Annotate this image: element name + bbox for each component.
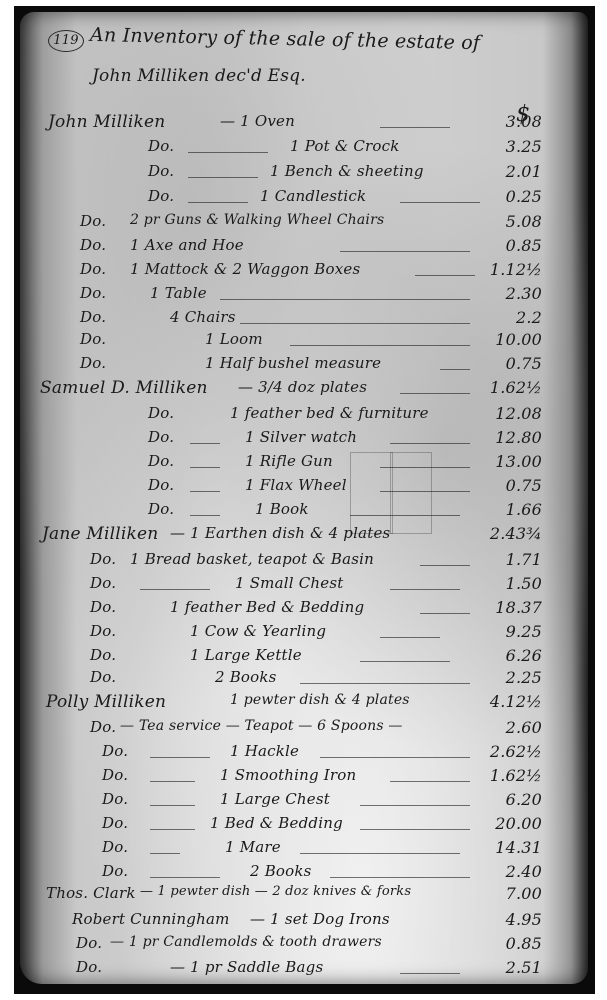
leader-line (150, 853, 180, 854)
item-amount: 18.37 (462, 598, 542, 617)
item-amount: 1.62½ (462, 378, 542, 397)
leader-line (150, 757, 210, 758)
ledger-entry: Robert Cunningham — 1 set Dog Irons 4.95 (20, 910, 588, 934)
item-description: 2 pr Guns & Walking Wheel Chairs (130, 212, 384, 228)
buyer-name: Do. (102, 862, 128, 880)
item-description: — 1 pr Candlemolds & tooth drawers (110, 934, 382, 950)
ledger-entry: Do. — Tea service — Teapot — 6 Spoons — … (20, 718, 588, 742)
leader-line (188, 177, 258, 178)
ledger-entry: Do. 2 Books 2.25 (20, 668, 588, 692)
item-amount: 3.25 (462, 137, 542, 156)
item-amount: 0.75 (462, 354, 542, 373)
item-description: 1 Mare (225, 838, 281, 856)
buyer-name: Do. (80, 308, 106, 326)
leader-line (150, 781, 195, 782)
item-description: 1 Large Chest (220, 790, 330, 808)
ledger-entry: Do. 1 Large Kettle 6.26 (20, 646, 588, 670)
item-amount: 6.20 (462, 790, 542, 809)
item-amount: 1.71 (462, 550, 542, 569)
buyer-name: Do. (90, 622, 116, 640)
item-description: — 1 set Dog Irons (250, 910, 390, 928)
item-description: 1 Loom (205, 330, 263, 348)
buyer-name: Jane Milliken (42, 524, 158, 544)
leader-line (190, 467, 220, 468)
item-amount: 14.31 (462, 838, 542, 857)
leader-line (400, 973, 460, 974)
leader-line (350, 515, 460, 516)
item-description: 4 Chairs (170, 308, 236, 326)
ledger-entry: Do. 1 Bread basket, teapot & Basin 1.71 (20, 550, 588, 574)
buyer-name: Do. (80, 212, 106, 230)
buyer-name: Do. (148, 452, 174, 470)
ledger-entry: Thos. Clark — 1 pewter dish — 2 doz kniv… (20, 884, 588, 908)
leader-line (380, 467, 470, 468)
item-amount: 9.25 (462, 622, 542, 641)
item-amount: 0.25 (462, 187, 542, 206)
item-description: 1 feather Bed & Bedding (170, 598, 364, 616)
item-amount: 1.12½ (462, 260, 542, 279)
buyer-name: Polly Milliken (46, 692, 166, 712)
leader-line (390, 443, 470, 444)
ledger-entry: Do. — 1 pr Saddle Bags 2.51 (20, 958, 588, 982)
item-description: — 1 Oven (220, 112, 295, 130)
buyer-name: Do. (148, 137, 174, 155)
ledger-entry: Samuel D. Milliken — 3/4 doz plates 1.62… (20, 378, 588, 402)
leader-line (150, 877, 220, 878)
item-description: 1 Rifle Gun (245, 452, 333, 470)
item-description: 1 Mattock & 2 Waggon Boxes (130, 260, 360, 278)
ledger-entry: Do. — 1 pr Candlemolds & tooth drawers 0… (20, 934, 588, 958)
ledger-entry: Do. 1 Mare 14.31 (20, 838, 588, 862)
item-description: — Tea service — Teapot — 6 Spoons — (120, 718, 403, 734)
item-amount: 1.62½ (462, 766, 542, 785)
ledger-entry: Do. 1 Mattock & 2 Waggon Boxes 1.12½ (20, 260, 588, 284)
leader-line (190, 443, 220, 444)
item-amount: 12.08 (462, 404, 542, 423)
buyer-name: Do. (102, 766, 128, 784)
buyer-name: Do. (80, 284, 106, 302)
leader-line (360, 805, 470, 806)
buyer-name: Do. (102, 838, 128, 856)
leader-line (220, 299, 470, 300)
item-amount: 20.00 (462, 814, 542, 833)
item-description: 1 Cow & Yearling (190, 622, 326, 640)
ledger-entry: Do. 1 Candlestick 0.25 (20, 187, 588, 211)
buyer-name: Do. (102, 790, 128, 808)
leader-line (190, 515, 220, 516)
item-amount: 2.62½ (462, 742, 542, 761)
item-amount: 2.25 (462, 668, 542, 687)
buyer-name: Do. (90, 668, 116, 686)
leader-line (140, 589, 210, 590)
ledger-entry: John Milliken — 1 Oven 3.08 (20, 112, 588, 136)
ledger-entry: Do. 1 Large Chest 6.20 (20, 790, 588, 814)
leader-line (390, 589, 460, 590)
ledger-entry: Do. 1 Axe and Hoe 0.85 (20, 236, 588, 260)
item-amount: 0.85 (462, 934, 542, 953)
buyer-name: Do. (90, 646, 116, 664)
buyer-name: Do. (90, 718, 116, 736)
ledger-entry: Do. 1 Flax Wheel 0.75 (20, 476, 588, 500)
item-description: 1 Silver watch (245, 428, 357, 446)
item-description: 1 Book (255, 500, 309, 518)
item-description: — 3/4 doz plates (238, 378, 367, 396)
ledger-entry: Do. 1 Bed & Bedding 20.00 (20, 814, 588, 838)
ledger-entry: Do. 1 Bench & sheeting 2.01 (20, 162, 588, 186)
ledger-entry: Do. 1 Smoothing Iron 1.62½ (20, 766, 588, 790)
folio-number: 119 (48, 30, 84, 52)
buyer-name: Samuel D. Milliken (40, 378, 208, 398)
item-description: 1 Table (150, 284, 207, 302)
item-description: 1 Bread basket, teapot & Basin (130, 550, 374, 568)
item-description: 1 pewter dish & 4 plates (230, 692, 410, 708)
item-description: 1 Hackle (230, 742, 299, 760)
ledger-entry: Do. 4 Chairs 2.2 (20, 308, 588, 332)
buyer-name: Do. (76, 958, 102, 976)
leader-line (330, 877, 470, 878)
item-description: — 1 pr Saddle Bags (170, 958, 323, 976)
buyer-name: Do. (80, 330, 106, 348)
item-amount: 0.75 (462, 476, 542, 495)
leader-line (360, 661, 450, 662)
item-amount: 1.50 (462, 574, 542, 593)
item-amount: 2.51 (462, 958, 542, 977)
buyer-name: John Milliken (48, 112, 165, 132)
buyer-name: Do. (148, 162, 174, 180)
item-amount: 2.30 (462, 284, 542, 303)
leader-line (240, 323, 470, 324)
ledger-entry: Do. 1 Cow & Yearling 9.25 (20, 622, 588, 646)
leader-line (290, 345, 470, 346)
item-description: 1 Large Kettle (190, 646, 302, 664)
ledger-entry: Do. 1 Small Chest 1.50 (20, 574, 588, 598)
item-amount: 13.00 (462, 452, 542, 471)
leader-line (150, 829, 195, 830)
ledger-entry: Do. 2 Books 2.40 (20, 862, 588, 886)
item-description: — 1 pewter dish — 2 doz knives & forks (140, 884, 411, 899)
item-amount: 2.43¾ (462, 524, 542, 543)
buyer-name: Do. (102, 742, 128, 760)
item-amount: 1.66 (462, 500, 542, 519)
ledger-entry: Do. 1 Half bushel measure 0.75 (20, 354, 588, 378)
leader-line (188, 202, 248, 203)
buyer-name: Do. (80, 354, 106, 372)
item-description: — 1 Earthen dish & 4 plates (170, 524, 390, 542)
ledger-entry: Do. 1 feather Bed & Bedding 18.37 (20, 598, 588, 622)
leader-line (188, 152, 268, 153)
item-description: 1 Flax Wheel (245, 476, 347, 494)
buyer-name: Do. (148, 187, 174, 205)
leader-line (360, 829, 470, 830)
leader-line (400, 393, 470, 394)
title-line-1: An Inventory of the sale of the estate o… (90, 24, 481, 54)
item-description: 2 Books (215, 668, 277, 686)
leader-line (150, 805, 195, 806)
item-amount: 4.12½ (462, 692, 542, 711)
ledger-entry: Do. 1 Pot & Crock 3.25 (20, 137, 588, 161)
item-amount: 2.60 (462, 718, 542, 737)
item-amount: 5.08 (462, 212, 542, 231)
item-amount: 6.26 (462, 646, 542, 665)
ledger-entry: Do. 1 Hackle 2.62½ (20, 742, 588, 766)
leader-line (190, 491, 220, 492)
item-description: 1 Smoothing Iron (220, 766, 356, 784)
item-amount: 3.08 (462, 112, 542, 131)
leader-line (380, 127, 450, 128)
ledger-entry: Do. 1 Silver watch 12.80 (20, 428, 588, 452)
item-amount: 2.01 (462, 162, 542, 181)
ledger-entry: Do. 1 Book 1.66 (20, 500, 588, 524)
ledger-entry: Do. 2 pr Guns & Walking Wheel Chairs 5.0… (20, 212, 588, 236)
buyer-name: Do. (90, 574, 116, 592)
item-amount: 12.80 (462, 428, 542, 447)
ledger-entry: Polly Milliken 1 pewter dish & 4 plates … (20, 692, 588, 716)
item-amount: 10.00 (462, 330, 542, 349)
leader-line (390, 781, 470, 782)
buyer-name: Do. (80, 236, 106, 254)
item-description: 1 Bench & sheeting (270, 162, 424, 180)
buyer-name: Do. (148, 428, 174, 446)
item-description: 1 Pot & Crock (290, 137, 400, 155)
item-amount: 0.85 (462, 236, 542, 255)
item-amount: 2.2 (462, 308, 542, 327)
item-description: 2 Books (250, 862, 312, 880)
ledger-entry: Jane Milliken — 1 Earthen dish & 4 plate… (20, 524, 588, 548)
buyer-name: Robert Cunningham (72, 910, 230, 928)
buyer-name: Do. (148, 500, 174, 518)
leader-line (380, 491, 470, 492)
buyer-name: Do. (76, 934, 102, 952)
leader-line (320, 757, 470, 758)
ledger-entry: Do. 1 Loom 10.00 (20, 330, 588, 354)
leader-line (300, 683, 470, 684)
buyer-name: Do. (102, 814, 128, 832)
buyer-name: Do. (90, 598, 116, 616)
title-line-2: John Milliken dec'd Esq. (92, 66, 306, 86)
leader-line (300, 853, 460, 854)
item-description: 1 Small Chest (235, 574, 343, 592)
leader-line (340, 251, 470, 252)
leader-line (380, 637, 440, 638)
ledger-entry: Do. 1 Table 2.30 (20, 284, 588, 308)
buyer-name: Do. (80, 260, 106, 278)
item-description: 1 Candlestick (260, 187, 366, 205)
item-description: 1 feather bed & furniture (230, 404, 429, 422)
item-amount: 2.40 (462, 862, 542, 881)
item-amount: 7.00 (462, 884, 542, 903)
item-amount: 4.95 (462, 910, 542, 929)
buyer-name: Thos. Clark (46, 884, 136, 902)
ledger-page: 119 An Inventory of the sale of the esta… (20, 12, 588, 984)
ledger-entry: Do. 1 feather bed & furniture 12.08 (20, 404, 588, 428)
buyer-name: Do. (148, 404, 174, 422)
item-description: 1 Axe and Hoe (130, 236, 244, 254)
item-description: 1 Half bushel measure (205, 354, 381, 372)
buyer-name: Do. (90, 550, 116, 568)
buyer-name: Do. (148, 476, 174, 494)
item-description: 1 Bed & Bedding (210, 814, 343, 832)
ledger-entry: Do. 1 Rifle Gun 13.00 (20, 452, 588, 476)
